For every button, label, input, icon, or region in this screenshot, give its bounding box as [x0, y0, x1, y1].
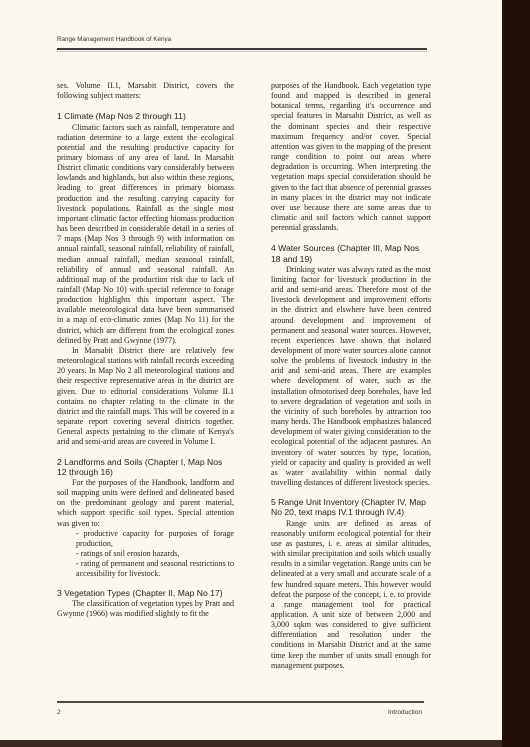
footer-section-name: Introduction: [388, 709, 422, 716]
section-heading-climate: 1 Climate (Map Nos 2 through 11): [57, 111, 234, 121]
range-unit-paragraph-1: Range units are defined as areas of reas…: [271, 519, 431, 671]
header-rule-thin: [57, 51, 427, 52]
list-item: - ratings of soil erosion hazards,: [76, 549, 234, 559]
climate-paragraph-2: In Marsabit District there are relativel…: [57, 346, 234, 448]
vegetation-continuation-paragraph: purposes of the Handbook. Each vegetatio…: [271, 81, 431, 233]
climate-paragraph-1: Climatic factors such as rainfall, tempe…: [57, 123, 234, 346]
water-paragraph-1: Drinking water was always rated as the m…: [271, 265, 431, 488]
header-rule: [57, 48, 427, 50]
soil-attention-list: - productive capacity for purposes of fo…: [57, 529, 234, 580]
list-item: - rating of permanent and seasonal restr…: [76, 559, 234, 579]
section-heading-landforms-soils: 2 Landforms and Soils (Chapter I, Map No…: [57, 457, 234, 477]
section-heading-water-sources: 4 Water Sources (Chapter III, Map Nos 18…: [271, 243, 431, 263]
intro-paragraph: ses. Volume II.1, Marsabit District, cov…: [57, 81, 234, 101]
page-bottom-shadow: [0, 740, 502, 747]
landforms-paragraph-1: For the purposes of the Handbook, landfo…: [57, 478, 234, 529]
document-page: Range Management Handbook of Kenya ses. …: [0, 0, 502, 740]
list-item: - productive capacity for purposes of fo…: [76, 529, 234, 549]
left-column: ses. Volume II.1, Marsabit District, cov…: [57, 81, 234, 619]
running-header-title: Range Management Handbook of Kenya: [57, 36, 171, 43]
section-heading-range-unit-inventory: 5 Range Unit Inventory (Chapter IV, Map …: [271, 497, 431, 517]
right-column: purposes of the Handbook. Each vegetatio…: [271, 81, 431, 671]
footer-rule: [57, 701, 424, 703]
section-heading-vegetation-types: 3 Vegetation Types (Chapter II, Map No 1…: [57, 588, 234, 598]
page-number: 2: [57, 709, 61, 716]
vegetation-paragraph-1: The classification of vegetation types b…: [57, 599, 234, 619]
book-edge: [502, 0, 530, 747]
